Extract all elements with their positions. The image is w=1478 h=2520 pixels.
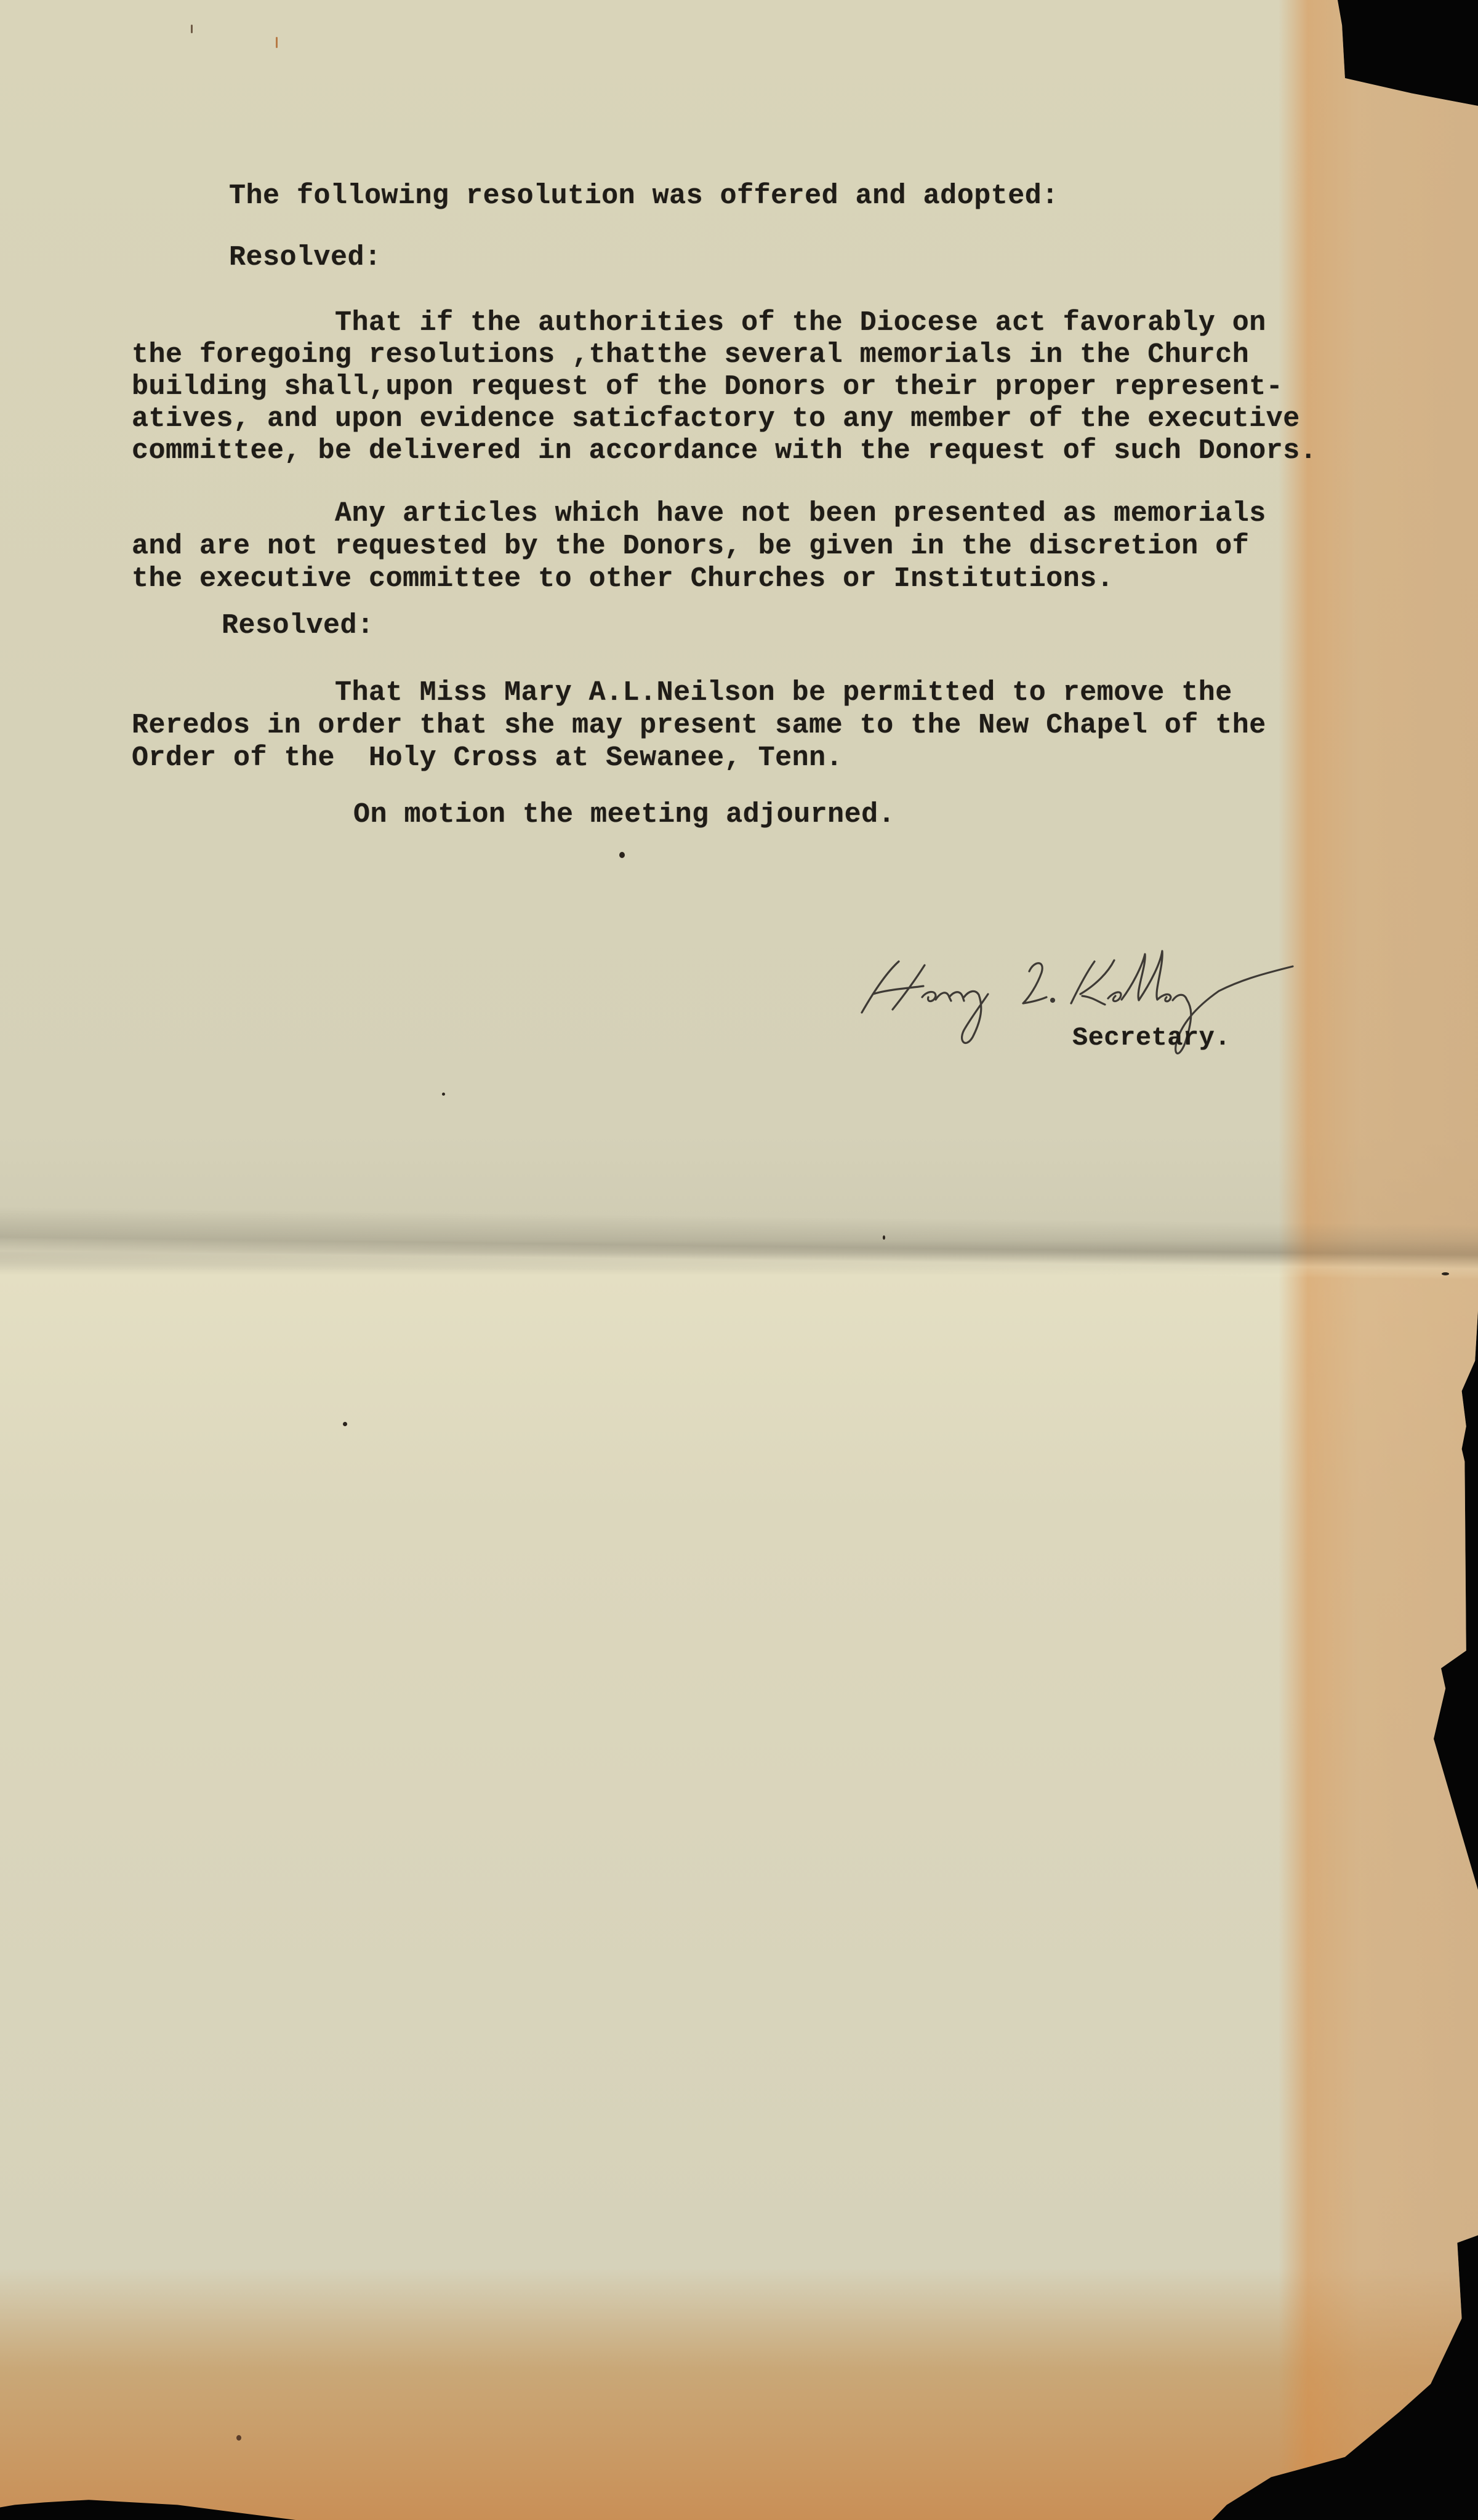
- resolution-1-paragraph-2: Any articles which have not been present…: [132, 497, 1266, 595]
- resolved-heading-1: Resolved:: [229, 241, 382, 274]
- resolution-1-paragraph-1: That if the authorities of the Diocese a…: [132, 307, 1317, 467]
- ink-speck: [343, 1422, 347, 1426]
- closing-line: On motion the meeting adjourned.: [353, 798, 895, 831]
- ink-speck: [442, 1093, 445, 1096]
- intro-line: The following resolution was offered and…: [229, 180, 1059, 212]
- ink-speck: [1442, 1272, 1449, 1275]
- signer-title: Secretary.: [1072, 1022, 1231, 1054]
- paper-mark: [191, 25, 193, 33]
- ink-speck: [619, 852, 625, 858]
- ink-speck: [883, 1235, 885, 1240]
- paper-mark: [276, 37, 278, 48]
- resolution-2-paragraph-1: That Miss Mary A.L.Neilson be permitted …: [132, 676, 1266, 774]
- ink-speck: [236, 2435, 241, 2441]
- resolved-heading-2: Resolved:: [222, 609, 374, 642]
